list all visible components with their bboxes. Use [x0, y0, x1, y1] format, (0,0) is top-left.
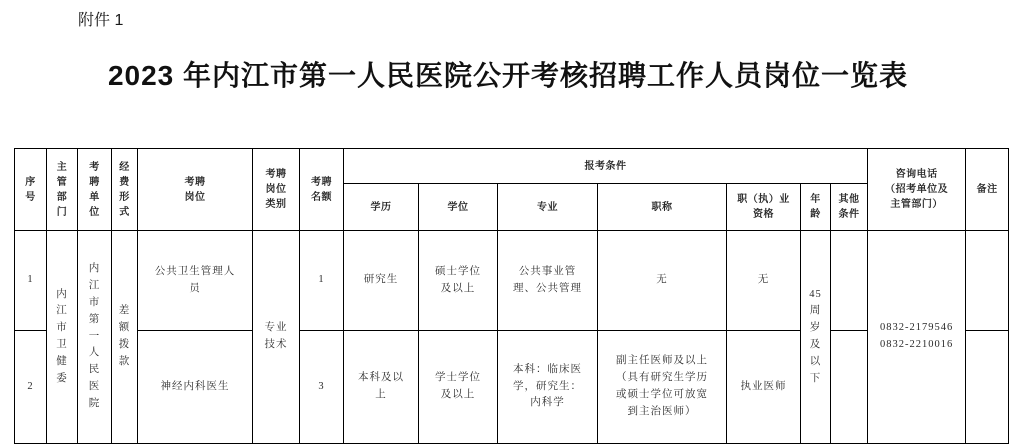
header-age: 年 龄 [801, 184, 831, 231]
cell-professional-title-2: 副主任医师及以上 （具有研究生学历 或硕士学位可放宽 到主治医师） [598, 331, 727, 444]
header-education: 学历 [344, 184, 419, 231]
positions-table: 序 号 主 管 部 门 考 聘 单 位 经 费 形 式 考聘 岗位 考聘 岗位 … [14, 148, 1009, 444]
cell-supervising-dept: 内 江 市 卫 健 委 [47, 231, 78, 444]
cell-other-requirements-2 [831, 331, 868, 444]
cell-seq-2: 2 [15, 331, 47, 444]
header-position-category: 考聘 岗位 类别 [253, 149, 300, 231]
cell-major-2: 本科：临床医 学，研究生： 内科学 [498, 331, 598, 444]
cell-remarks-2 [966, 331, 1009, 444]
cell-hiring-unit: 内 江 市 第 一 人 民 医 院 [78, 231, 112, 444]
header-hiring-unit: 考 聘 单 位 [78, 149, 112, 231]
cell-phone: 0832-2179546 0832-2210016 [868, 231, 966, 444]
cell-practice-qualification-1: 无 [727, 231, 801, 331]
cell-remarks-1 [966, 231, 1009, 331]
cell-education-1: 研究生 [344, 231, 419, 331]
header-funding-type: 经 费 形 式 [112, 149, 138, 231]
header-position: 考聘 岗位 [138, 149, 253, 231]
header-practice-qualification: 职（执）业 资格 [727, 184, 801, 231]
cell-practice-qualification-2: 执业医师 [727, 331, 801, 444]
cell-major-1: 公共事业管 理、公共管理 [498, 231, 598, 331]
header-application-requirements: 报考条件 [344, 149, 868, 184]
header-degree: 学位 [419, 184, 498, 231]
header-remarks: 备注 [966, 149, 1009, 231]
cell-quota-1: 1 [300, 231, 344, 331]
header-professional-title: 职称 [598, 184, 727, 231]
cell-degree-2: 学士学位 及以上 [419, 331, 498, 444]
header-major: 专业 [498, 184, 598, 231]
cell-seq-1: 1 [15, 231, 47, 331]
header-seq: 序 号 [15, 149, 47, 231]
cell-education-2: 本科及以 上 [344, 331, 419, 444]
page-title: 2023 年内江市第一人民医院公开考核招聘工作人员岗位一览表 [0, 54, 1016, 94]
cell-position-1: 公共卫生管理人 员 [138, 231, 253, 331]
header-phone: 咨询电话 （招考单位及 主管部门） [868, 149, 966, 231]
cell-quota-2: 3 [300, 331, 344, 444]
cell-degree-1: 硕士学位 及以上 [419, 231, 498, 331]
cell-position-2: 神经内科医生 [138, 331, 253, 444]
cell-other-requirements-1 [831, 231, 868, 331]
cell-position-category: 专业 技术 [253, 231, 300, 444]
cell-age: 45 周 岁 及 以 下 [801, 231, 831, 444]
attachment-label: 附件 1 [78, 7, 123, 30]
header-other-requirements: 其他 条件 [831, 184, 868, 231]
header-supervising-dept: 主 管 部 门 [47, 149, 78, 231]
cell-funding-type: 差 额 拨 款 [112, 231, 138, 444]
header-quota: 考聘 名额 [300, 149, 344, 231]
cell-professional-title-1: 无 [598, 231, 727, 331]
